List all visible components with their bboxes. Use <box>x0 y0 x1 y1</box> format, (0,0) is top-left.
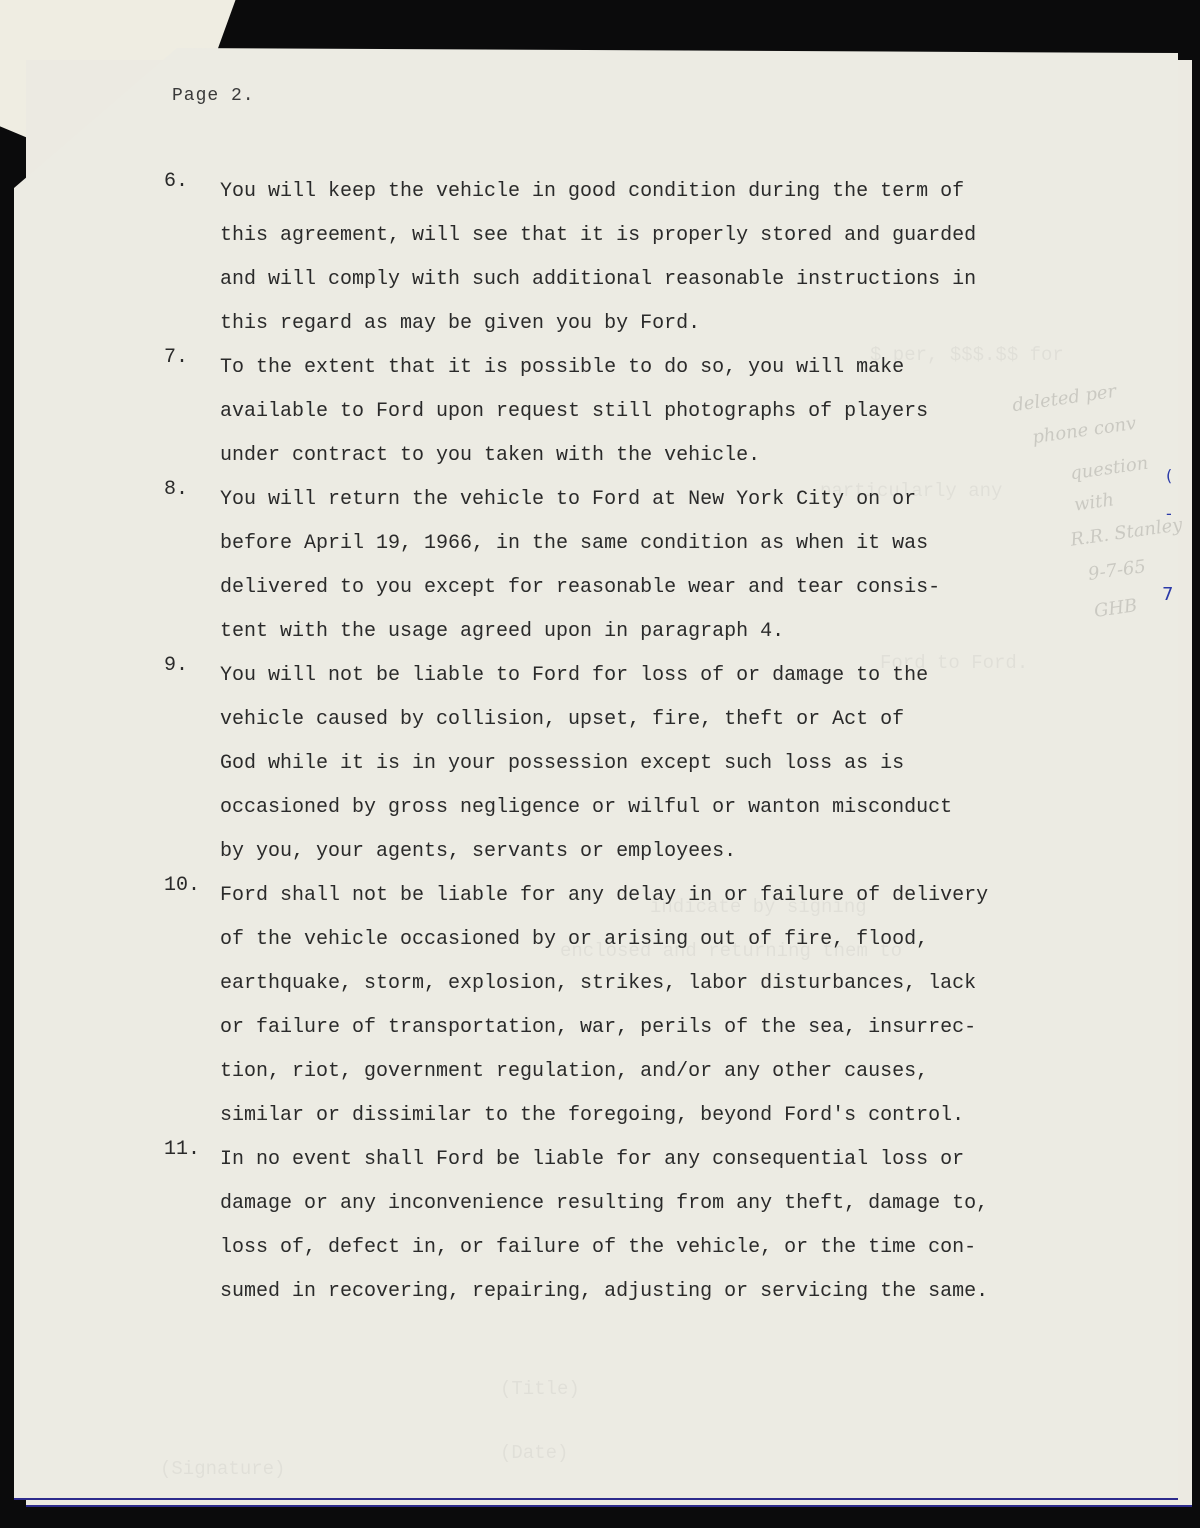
clause-line: You will keep the vehicle in good condit… <box>220 170 1070 214</box>
clause-line: and will comply with such additional rea… <box>220 258 1070 302</box>
clause-line: delivered to you except for reasonable w… <box>220 566 1070 610</box>
clause-6: 6. You will keep the vehicle in good con… <box>160 170 1070 346</box>
clause-number: 9. <box>164 654 214 677</box>
clause-number: 11. <box>164 1138 214 1161</box>
page-number-label: Page 2. <box>172 86 255 106</box>
clause-10: 10. Ford shall not be liable for any del… <box>160 874 1070 1138</box>
pen-mark: ( <box>1166 466 1172 485</box>
clause-line: sumed in recovering, repairing, adjustin… <box>220 1270 1070 1314</box>
bleed-through-text: (Date) <box>500 1442 568 1464</box>
clause-line: In no event shall Ford be liable for any… <box>220 1138 1070 1182</box>
clause-7: 7. To the extent that it is possible to … <box>160 346 1070 478</box>
clause-11: 11. In no event shall Ford be liable for… <box>160 1138 1070 1314</box>
clause-line: You will return the vehicle to Ford at N… <box>220 478 1070 522</box>
clause-line: loss of, defect in, or failure of the ve… <box>220 1226 1070 1270</box>
pen-mark: - <box>1166 504 1172 523</box>
clause-number: 10. <box>164 874 214 897</box>
bleed-through-text: (Signature) <box>160 1458 285 1480</box>
clause-9: 9. You will not be liable to Ford for lo… <box>160 654 1070 874</box>
clause-line: Ford shall not be liable for any delay i… <box>220 874 1070 918</box>
clause-line: tent with the usage agreed upon in parag… <box>220 610 1070 654</box>
clause-line: by you, your agents, servants or employe… <box>220 830 1070 874</box>
pen-mark: 7 <box>1162 584 1173 605</box>
clause-number: 8. <box>164 478 214 501</box>
clause-line: vehicle caused by collision, upset, fire… <box>220 698 1070 742</box>
clause-line: under contract to you taken with the veh… <box>220 434 1070 478</box>
clause-number: 6. <box>164 170 214 193</box>
clause-line: similar or dissimilar to the foregoing, … <box>220 1094 1070 1138</box>
clause-line: or failure of transportation, war, peril… <box>220 1006 1070 1050</box>
clause-line: earthquake, storm, explosion, strikes, l… <box>220 962 1070 1006</box>
clause-line: this regard as may be given you by Ford. <box>220 302 1070 346</box>
clause-line: before April 19, 1966, in the same condi… <box>220 522 1070 566</box>
clause-line: available to Ford upon request still pho… <box>220 390 1070 434</box>
bleed-through-text: (Title) <box>500 1378 580 1400</box>
clause-line: You will not be liable to Ford for loss … <box>220 654 1070 698</box>
clause-8: 8. You will return the vehicle to Ford a… <box>160 478 1070 654</box>
agreement-clauses: 6. You will keep the vehicle in good con… <box>160 170 1070 1314</box>
clause-line: occasioned by gross negligence or wilful… <box>220 786 1070 830</box>
clause-line: God while it is in your possession excep… <box>220 742 1070 786</box>
clause-line: damage or any inconvenience resulting fr… <box>220 1182 1070 1226</box>
clause-line: tion, riot, government regulation, and/o… <box>220 1050 1070 1094</box>
clause-line: of the vehicle occasioned by or arising … <box>220 918 1070 962</box>
clause-line: this agreement, will see that it is prop… <box>220 214 1070 258</box>
clause-line: To the extent that it is possible to do … <box>220 346 1070 390</box>
clause-number: 7. <box>164 346 214 369</box>
